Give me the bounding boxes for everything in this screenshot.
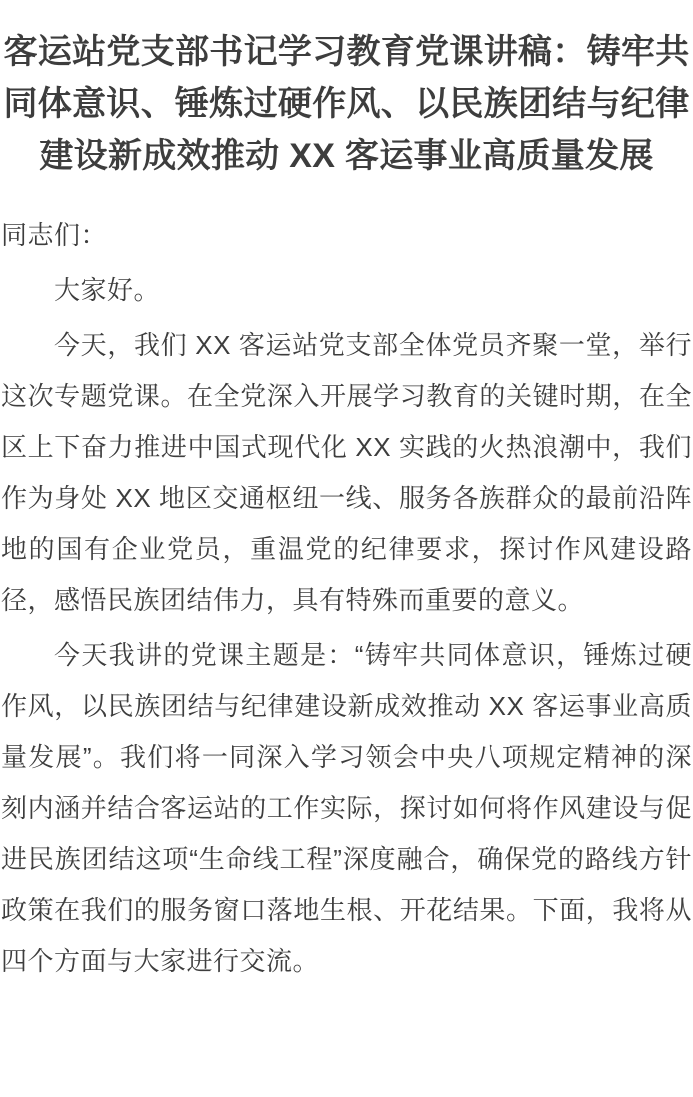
document-title: 客运站党支部书记学习教育党课讲稿：铸牢共同体意识、锤炼过硬作风、以民族团结与纪律…: [1, 26, 692, 182]
paragraph-theme: 今天我讲的党课主题是：“铸牢共同体意识，锤炼过硬作风，以民族团结与纪律建设新成效…: [1, 630, 692, 987]
paragraph-greeting: 大家好。: [1, 265, 692, 316]
paragraph-opening: 今天，我们 XX 客运站党支部全体党员齐聚一堂，举行这次专题党课。在全党深入开展…: [1, 320, 692, 626]
document-page: 客运站党支部书记学习教育党课讲稿：铸牢共同体意识、锤炼过硬作风、以民族团结与纪律…: [0, 0, 693, 1097]
paragraph-salutation: 同志们：: [1, 210, 692, 261]
